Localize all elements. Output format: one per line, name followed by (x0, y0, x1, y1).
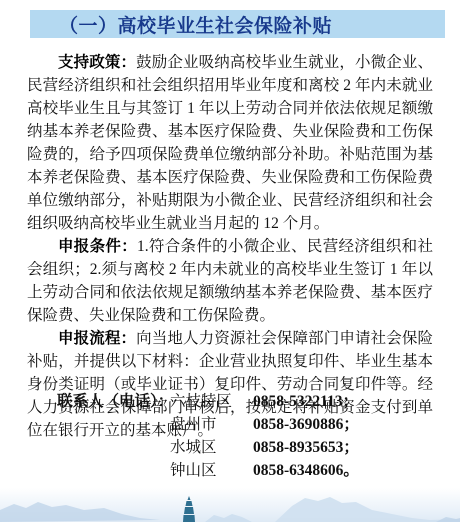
contact-row: 联系人（电话）： 六枝特区 0858-5322113； (27, 390, 433, 413)
application-conditions-paragraph: 申报条件：1.符合条件的小微企业、民营经济组织和社会组织；2.须与离校 2 年内… (27, 235, 433, 327)
application-conditions-label: 申报条件： (58, 238, 137, 255)
contact-phone: 0858-8935653； (253, 436, 433, 459)
page-title: （一）高校毕业生社会保险补贴 (30, 11, 332, 38)
footer-decoration (0, 488, 460, 522)
right-mountains (275, 497, 460, 522)
center-hills (205, 514, 252, 522)
mountain-landscape-illustration (0, 488, 460, 522)
section-title-banner: （一）高校毕业生社会保险补贴 (30, 10, 445, 38)
pagoda-icon (183, 496, 195, 522)
support-policy-label: 支持政策： (58, 54, 136, 71)
far-right-hill (436, 517, 460, 522)
contact-row: 水城区 0858-8935653； (27, 436, 433, 459)
support-policy-paragraph: 支持政策：鼓励企业吸纳高校毕业生就业，小微企业、民营经济组织和社会组织招用毕业年… (27, 51, 433, 235)
contact-phone: 0858-5322113； (253, 390, 433, 413)
contact-district: 盘州市 (170, 413, 253, 436)
document-page: （一）高校毕业生社会保险补贴 支持政策：鼓励企业吸纳高校毕业生就业，小微企业、民… (0, 0, 460, 522)
application-process-label: 申报流程： (58, 330, 136, 347)
contact-phone: 0858-3690886； (253, 413, 433, 436)
support-policy-text: 鼓励企业吸纳高校毕业生就业，小微企业、民营经济组织和社会组织招用毕业年度和离校 … (27, 54, 433, 232)
contact-district: 钟山区 (170, 459, 253, 482)
contact-row: 盘州市 0858-3690886； (27, 413, 433, 436)
left-mountains (0, 502, 160, 522)
contact-phone: 0858-6348606。 (253, 459, 433, 482)
body-text: 支持政策：鼓励企业吸纳高校毕业生就业，小微企业、民营经济组织和社会组织招用毕业年… (27, 51, 433, 442)
contacts-block: 联系人（电话）： 六枝特区 0858-5322113； 盘州市 0858-369… (27, 390, 433, 482)
contact-row: 钟山区 0858-6348606。 (27, 459, 433, 482)
contact-district: 水城区 (170, 436, 253, 459)
contacts-label: 联系人（电话）： (27, 390, 170, 413)
contact-district: 六枝特区 (170, 390, 253, 413)
